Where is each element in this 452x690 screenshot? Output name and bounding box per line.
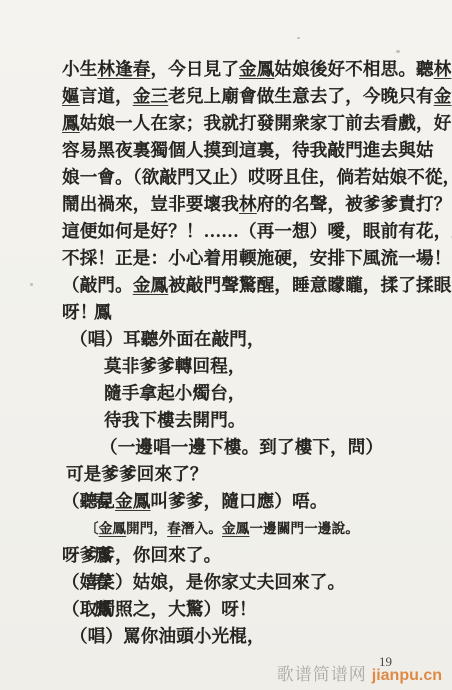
text-run: 言道， bbox=[80, 86, 133, 106]
script-line: （一邊唱一邊下樓。到了樓下，問） bbox=[100, 434, 452, 461]
script-line: 嫗言道，金三老兒上廟會做生意去了，今晚只有金 bbox=[62, 83, 452, 110]
text-run: 〔 bbox=[85, 521, 99, 536]
text-run: （一邊唱一邊下樓。到了樓下，問） bbox=[100, 437, 383, 457]
text-run: 一邊關門一邊說。 bbox=[249, 521, 359, 536]
proper-name-underlined: 金鳳 bbox=[239, 59, 274, 79]
text-run: 姑娘一人在家；我就打發開衆家丁前去看戲，好 bbox=[80, 113, 452, 133]
proper-name-underlined: 金鳳 bbox=[99, 521, 126, 536]
scan-speck bbox=[396, 50, 400, 53]
proper-name-underlined: 金鳳 bbox=[115, 491, 150, 511]
text-run: 娘一會。（欲敲門又止）哎呀且住，倘若姑娘不從， bbox=[62, 167, 452, 187]
script-line: 鳳姑娘一人在家；我就打發開衆家丁前去看戲，好 bbox=[62, 110, 452, 137]
watermark: 歌谱简谱网jianpu.cn bbox=[277, 660, 442, 685]
text-run: 府的名聲，被爹爹責打？ bbox=[257, 194, 452, 214]
text-run: 待我下樓去開門。 bbox=[104, 410, 246, 430]
watermark-site-name: 歌谱简谱网 bbox=[277, 665, 367, 684]
proper-name-underlined: 金 bbox=[434, 86, 452, 106]
text-run: （唱）罵你油頭小光棍， bbox=[70, 626, 265, 646]
script-line: 鳳呀爹爹，你回來了。 bbox=[62, 542, 452, 569]
text-run: 容易黑夜裏獨個人摸到這裏，待我敲門進去與姑 bbox=[62, 140, 434, 160]
script-line: 莫非爹爹轉回程， bbox=[104, 353, 452, 380]
proper-name-underlined: 林逢春 bbox=[97, 59, 150, 79]
script-line: 可是爹爹回來了？ bbox=[66, 461, 452, 488]
text-run: 這便如何是好？！……（再一想）噯，眼前有花，豈可 bbox=[62, 221, 452, 241]
text-run: （取燭照之，大驚）呀！ bbox=[62, 599, 257, 619]
script-line: （敲門。金鳳被敲門聲驚醒，睡意矇矓，揉了揉眼） bbox=[62, 272, 452, 299]
script-line: 鬧出禍來，豈非要壞我林府的名聲，被爹爹責打？ bbox=[62, 191, 452, 218]
text-run: 被敲門聲驚醒，睡意矇矓，揉了揉眼） bbox=[168, 275, 452, 295]
script-line: 這便如何是好？！……（再一想）噯，眼前有花，豈可 bbox=[62, 218, 452, 245]
speaker-label: 鳳 bbox=[94, 299, 118, 326]
script-line: 春（嬉笑）姑娘，是你家丈夫回來了。 bbox=[62, 569, 452, 596]
text-run: （敲門。 bbox=[62, 275, 133, 295]
proper-name-underlined: 林 bbox=[434, 59, 452, 79]
text-run: 可是爹爹回來了？ bbox=[66, 464, 208, 484]
script-line: 春（聽見金鳳叫爹爹，隨口應）唔。 bbox=[62, 488, 452, 515]
script-text-block: 小生林逢春，今日見了金鳳姑娘後好不相思。聽林嫗言道，金三老兒上廟會做生意去了，今… bbox=[0, 56, 452, 650]
proper-name-underlined: 鳳 bbox=[62, 113, 80, 133]
text-run: 叫爹爹，隨口應）唔。 bbox=[151, 491, 328, 511]
speaker-label: 春 bbox=[94, 569, 118, 596]
speaker-label: 春 bbox=[94, 488, 118, 515]
script-line: 容易黑夜裏獨個人摸到這裏，待我敲門進去與姑 bbox=[62, 137, 452, 164]
scanned-opera-script-page: 小生林逢春，今日見了金鳳姑娘後好不相思。聽林嫗言道，金三老兒上廟會做生意去了，今… bbox=[0, 0, 452, 690]
text-run: 鬧出禍來，豈非要壞我 bbox=[62, 194, 239, 214]
scan-speck bbox=[30, 283, 33, 286]
script-line: 小生林逢春，今日見了金鳳姑娘後好不相思。聽林 bbox=[62, 56, 452, 83]
proper-name-underlined: 春 bbox=[167, 521, 181, 536]
script-line: 鳳呀！ bbox=[62, 299, 452, 326]
speaker-label: 鳳 bbox=[94, 596, 118, 623]
proper-name-underlined: 金鳳 bbox=[133, 275, 168, 295]
speaker-label: 鳳 bbox=[94, 542, 118, 569]
proper-name-underlined: 林 bbox=[239, 194, 257, 214]
text-run: 開門， bbox=[126, 521, 167, 536]
text-run: 呀爹爹，你回來了。 bbox=[62, 545, 221, 565]
script-line: （唱）罵你油頭小光棍， bbox=[70, 623, 452, 650]
script-line: 鳳（取燭照之，大驚）呀！ bbox=[62, 596, 452, 623]
scan-speck bbox=[297, 37, 300, 39]
script-line: 〔金鳳開門，春潛入。金鳳一邊關門一邊說。 bbox=[85, 515, 452, 542]
text-run: （唱）耳聽外面在敲門， bbox=[70, 329, 265, 349]
script-line: 隨手拿起小燭台， bbox=[104, 380, 452, 407]
script-line: （唱）耳聽外面在敲門， bbox=[70, 326, 452, 353]
proper-name-underlined: 嫗 bbox=[62, 86, 80, 106]
text-run: 隨手拿起小燭台， bbox=[104, 383, 246, 403]
script-line: 不採！正是：小心着用輭施硬，安排下風流一場！ bbox=[62, 245, 452, 272]
proper-name-underlined: 金鳳 bbox=[222, 521, 249, 536]
text-run: 不採！正是：小心着用輭施硬，安排下風流一場！ bbox=[62, 248, 451, 268]
text-run: 呀！ bbox=[62, 302, 97, 322]
text-run: 姑娘後好不相思。聽 bbox=[274, 59, 433, 79]
text-run: 老兒上廟會做生意去了，今晚只有 bbox=[168, 86, 434, 106]
proper-name-underlined: 金三 bbox=[133, 86, 168, 106]
text-run: 潛入。 bbox=[181, 521, 222, 536]
watermark-site-url: jianpu.cn bbox=[372, 667, 442, 684]
text-run: ，今日見了 bbox=[151, 59, 240, 79]
text-run: 小生 bbox=[62, 59, 97, 79]
script-line: 待我下樓去開門。 bbox=[104, 407, 452, 434]
script-line: 娘一會。（欲敲門又止）哎呀且住，倘若姑娘不從， bbox=[62, 164, 452, 191]
text-run: 莫非爹爹轉回程， bbox=[104, 356, 246, 376]
